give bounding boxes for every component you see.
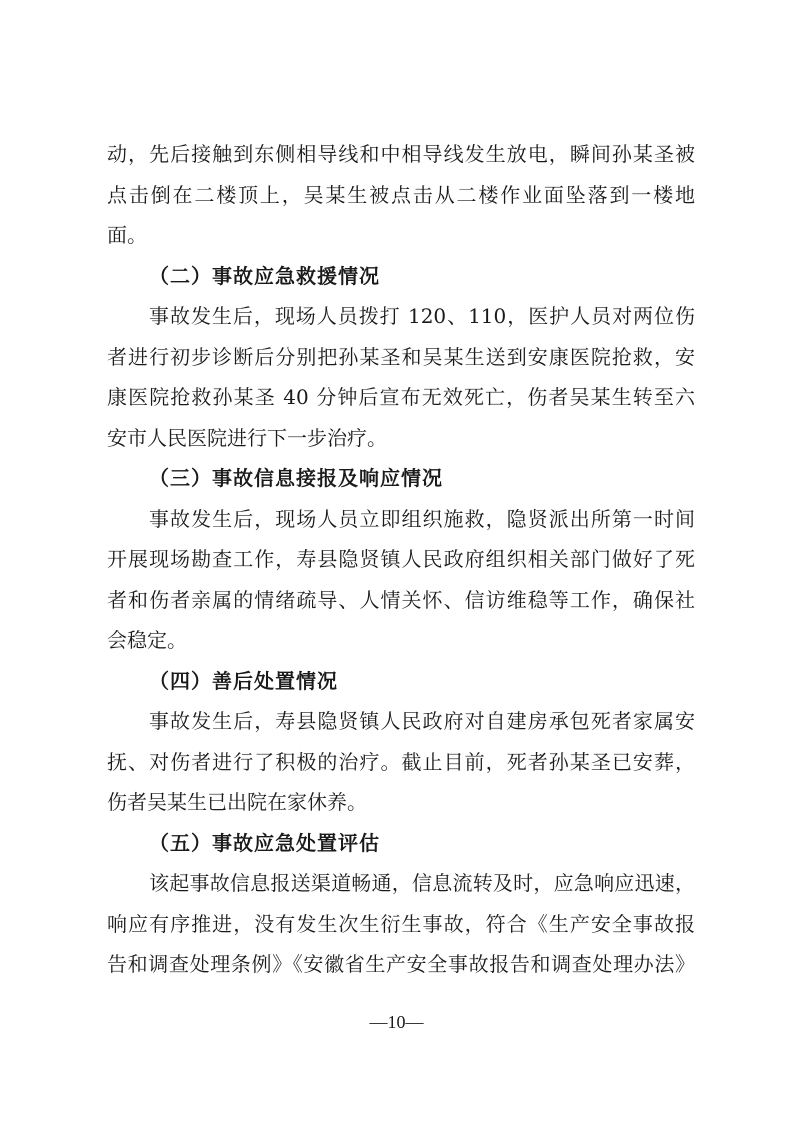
body-line: 动，先后接触到东侧相导线和中相导线发生放电，瞬间孙某圣被 <box>107 134 695 175</box>
body-line: 开展现场勘查工作，寿县隐贤镇人民政府组织相关部门做好了死 <box>107 539 695 580</box>
document-body: 动，先后接触到东侧相导线和中相导线发生放电，瞬间孙某圣被 点击倒在二楼顶上，吴某… <box>107 134 695 985</box>
body-line: 会稳定。 <box>107 620 695 661</box>
body-line: 告和调查处理条例》《安徽省生产安全事故报告和调查处理办法》 <box>107 944 695 985</box>
body-line: 者进行初步诊断后分别把孙某圣和吴某生送到安康医院抢救，安 <box>107 337 695 378</box>
section-heading-emergency-rescue: （二）事故应急救援情况 <box>107 256 695 297</box>
page-number: —10— <box>0 1012 793 1033</box>
body-line: 伤者吴某生已出院在家休养。 <box>107 782 695 823</box>
body-line: 康医院抢救孙某圣 40 分钟后宣布无效死亡，伤者吴某生转至六 <box>107 377 695 418</box>
body-line: 该起事故信息报送渠道畅通，信息流转及时，应急响应迅速， <box>107 863 695 904</box>
section-heading-info-report: （三）事故信息接报及响应情况 <box>107 458 695 499</box>
document-page: 动，先后接触到东侧相导线和中相导线发生放电，瞬间孙某圣被 点击倒在二楼顶上，吴某… <box>0 0 793 1122</box>
body-line: 安市人民医院进行下一步治疗。 <box>107 418 695 459</box>
body-line: 点击倒在二楼顶上，吴某生被点击从二楼作业面坠落到一楼地 <box>107 175 695 216</box>
section-heading-aftermath: （四）善后处置情况 <box>107 661 695 702</box>
body-line: 者和伤者亲属的情绪疏导、人情关怀、信访维稳等工作，确保社 <box>107 580 695 621</box>
body-line: 事故发生后，现场人员立即组织施救，隐贤派出所第一时间 <box>107 499 695 540</box>
body-line: 事故发生后，现场人员拨打 120、110，医护人员对两位伤 <box>107 296 695 337</box>
body-line: 响应有序推进，没有发生次生衍生事故，符合《生产安全事故报 <box>107 904 695 945</box>
body-line: 抚、对伤者进行了积极的治疗。截止目前，死者孙某圣已安葬， <box>107 742 695 783</box>
body-line: 事故发生后，寿县隐贤镇人民政府对自建房承包死者家属安 <box>107 701 695 742</box>
body-line: 面。 <box>107 215 695 256</box>
section-heading-assessment: （五）事故应急处置评估 <box>107 823 695 864</box>
